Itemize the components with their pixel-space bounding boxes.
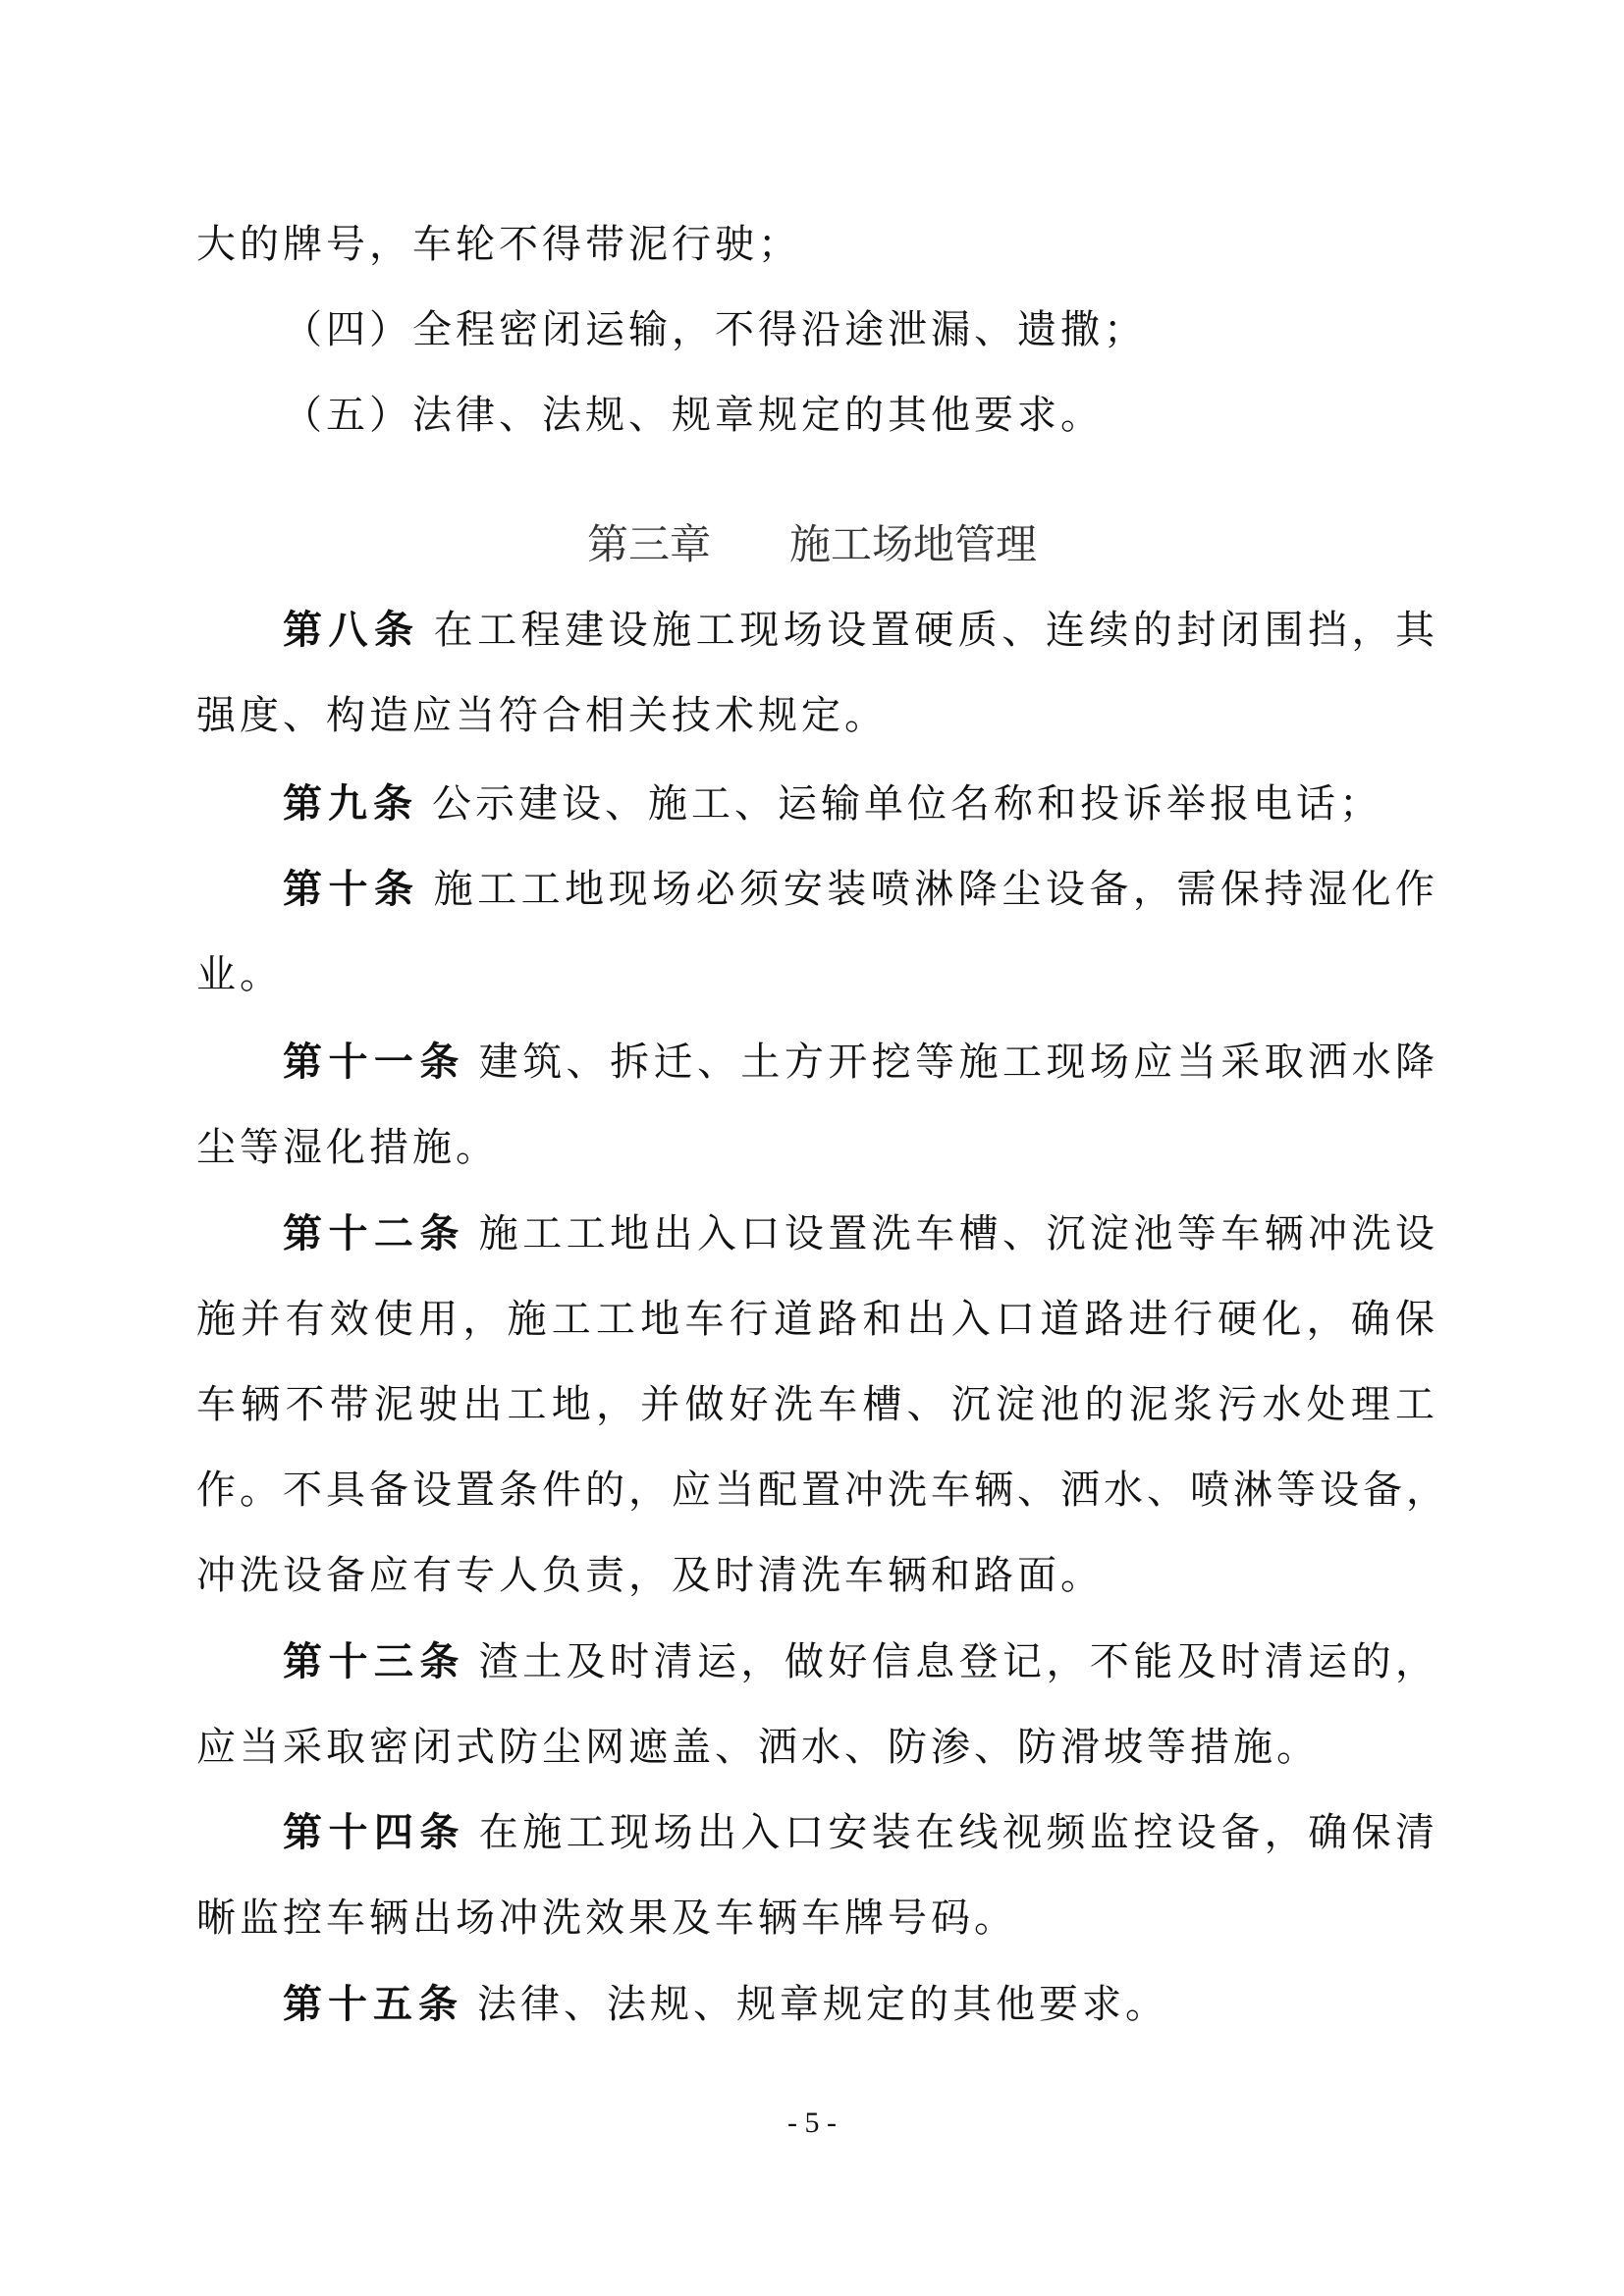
article-label: 第十四条 bbox=[283, 1810, 465, 1855]
list-item-4: （四）全程密闭运输，不得沿途泄漏、遗撒； bbox=[283, 306, 1438, 353]
article-11-cont: 尘等湿化措施。 bbox=[196, 1124, 1438, 1171]
article-9: 第九条公示建设、施工、运输单位名称和投诉举报电话； bbox=[283, 780, 1438, 828]
article-12-cont-3: 作。不具备设置条件的，应当配置冲洗车辆、洒水、喷淋等设备， bbox=[196, 1467, 1438, 1514]
continuation-line: 大的牌号，车轮不得带泥行驶； bbox=[196, 221, 1438, 268]
article-label: 第十条 bbox=[283, 867, 420, 912]
page-number: - 5 - bbox=[0, 2106, 1624, 2141]
chapter-number: 第三章 bbox=[587, 520, 711, 568]
article-8-cont: 强度、构造应当符合相关技术规定。 bbox=[196, 692, 1438, 739]
article-label: 第十一条 bbox=[283, 1040, 465, 1085]
article-12: 第十二条施工工地出入口设置洗车槽、沉淀池等车辆冲洗设 bbox=[283, 1210, 1438, 1257]
article-10-cont: 业。 bbox=[196, 951, 1438, 998]
article-12-cont-2: 车辆不带泥驶出工地，并做好洗车槽、沉淀池的泥浆污水处理工 bbox=[196, 1381, 1438, 1428]
article-label: 第十三条 bbox=[283, 1639, 465, 1684]
article-12-cont-1: 施并有效使用，施工工地车行道路和出入口道路进行硬化，确保 bbox=[196, 1296, 1438, 1343]
article-14: 第十四条在施工现场出入口安装在线视频监控设备，确保清 bbox=[283, 1809, 1438, 1856]
article-13-cont: 应当采取密闭式防尘网遮盖、洒水、防渗、防滑坡等措施。 bbox=[196, 1724, 1438, 1771]
article-label: 第九条 bbox=[283, 781, 418, 827]
document-page: 大的牌号，车轮不得带泥行驶； （四）全程密闭运输，不得沿途泄漏、遗撒； （五）法… bbox=[0, 0, 1624, 2296]
article-14-cont: 晰监控车辆出场冲洗效果及车辆车牌号码。 bbox=[196, 1895, 1438, 1942]
article-label: 第八条 bbox=[283, 608, 420, 653]
article-15: 第十五条法律、法规、规章规定的其他要求。 bbox=[283, 1981, 1438, 2028]
article-13: 第十三条渣土及时清运，做好信息登记，不能及时清运的， bbox=[283, 1638, 1438, 1685]
article-11: 第十一条建筑、拆迁、土方开挖等施工现场应当采取洒水降 bbox=[283, 1039, 1438, 1086]
chapter-heading: 第三章施工场地管理 bbox=[0, 520, 1624, 569]
list-item-5: （五）法律、法规、规章规定的其他要求。 bbox=[283, 392, 1438, 439]
article-8: 第八条在工程建设施工现场设置硬质、连续的封闭围挡，其 bbox=[283, 607, 1438, 654]
article-label: 第十二条 bbox=[283, 1211, 465, 1256]
article-label: 第十五条 bbox=[283, 1982, 463, 2027]
article-12-cont-4: 冲洗设备应有专人负责，及时清洗车辆和路面。 bbox=[196, 1552, 1438, 1599]
chapter-title: 施工场地管理 bbox=[789, 520, 1037, 568]
article-10: 第十条施工工地现场必须安装喷淋降尘设备，需保持湿化作 bbox=[283, 866, 1438, 913]
